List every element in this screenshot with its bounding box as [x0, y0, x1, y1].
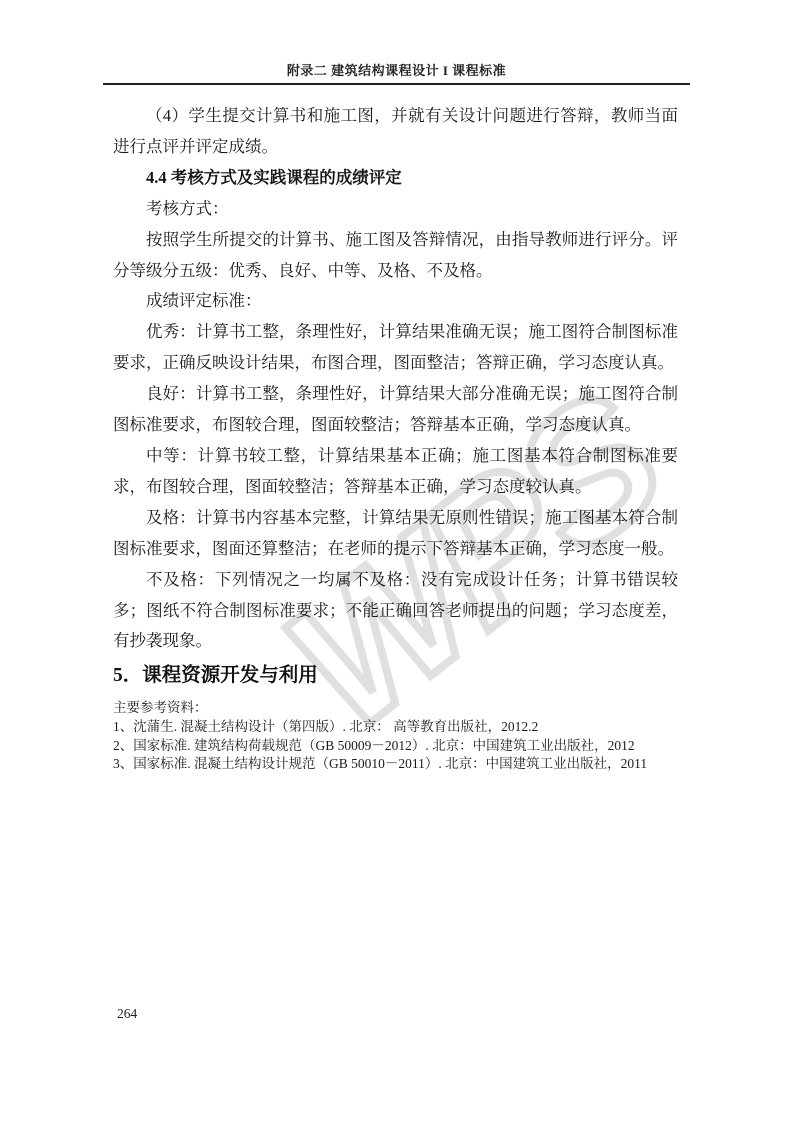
para-student-submit: （4）学生提交计算书和施工图，并就有关设计问题进行答辩，教师当面进行点评并评定成…	[113, 101, 678, 163]
para-grade-pass: 及格：计算书内容基本完整，计算结果无原则性错误；施工图基本符合制图标准要求，图面…	[113, 503, 678, 565]
page-number: 264	[117, 1006, 137, 1022]
reference-item: 3、国家标准. 混凝土结构设计规范（GB 50010－2011）. 北京：中国建…	[113, 755, 678, 774]
heading-4-4: 4.4 考核方式及实践课程的成绩评定	[113, 163, 678, 194]
references-section: 主要参考资料： 1、沈蒲生. 混凝土结构设计（第四版）. 北京： 高等教育出版社…	[113, 699, 678, 773]
reference-item: 1、沈蒲生. 混凝土结构设计（第四版）. 北京： 高等教育出版社，2012.2	[113, 718, 678, 737]
para-grade-fail: 不及格：下列情况之一均属不及格：没有完成设计任务；计算书错误较多；图纸不符合制图…	[113, 565, 678, 658]
para-assessment-method: 按照学生所提交的计算书、施工图及答辩情况，由指导教师进行评分。评分等级分五级：优…	[113, 225, 678, 287]
para-grade-medium: 中等：计算书较工整，计算结果基本正确；施工图基本符合制图标准要求，布图较合理，图…	[113, 441, 678, 503]
page-header: 附录二 建筑结构课程设计 I 课程标准	[103, 60, 690, 80]
label-grading-standard: 成绩评定标准：	[113, 286, 678, 317]
header-title: 附录二 建筑结构课程设计 I 课程标准	[287, 63, 506, 78]
references-label: 主要参考资料：	[113, 699, 678, 718]
document-page: WPS 附录二 建筑结构课程设计 I 课程标准 （4）学生提交计算书和施工图，并…	[0, 0, 793, 1122]
label-assessment-method: 考核方式：	[113, 194, 678, 225]
para-grade-excellent: 优秀：计算书工整，条理性好，计算结果准确无误；施工图符合制图标准要求，正确反映设…	[113, 317, 678, 379]
content-area: （4）学生提交计算书和施工图，并就有关设计问题进行答辩，教师当面进行点评并评定成…	[113, 101, 678, 774]
heading-5: 5．课程资源开发与利用	[113, 661, 678, 691]
para-grade-good: 良好：计算书工整，条理性好，计算结果大部分准确无误；施工图符合制图标准要求，布图…	[113, 379, 678, 441]
header-rule	[103, 83, 690, 85]
reference-item: 2、国家标准. 建筑结构荷载规范（GB 50009－2012）. 北京：中国建筑…	[113, 737, 678, 756]
